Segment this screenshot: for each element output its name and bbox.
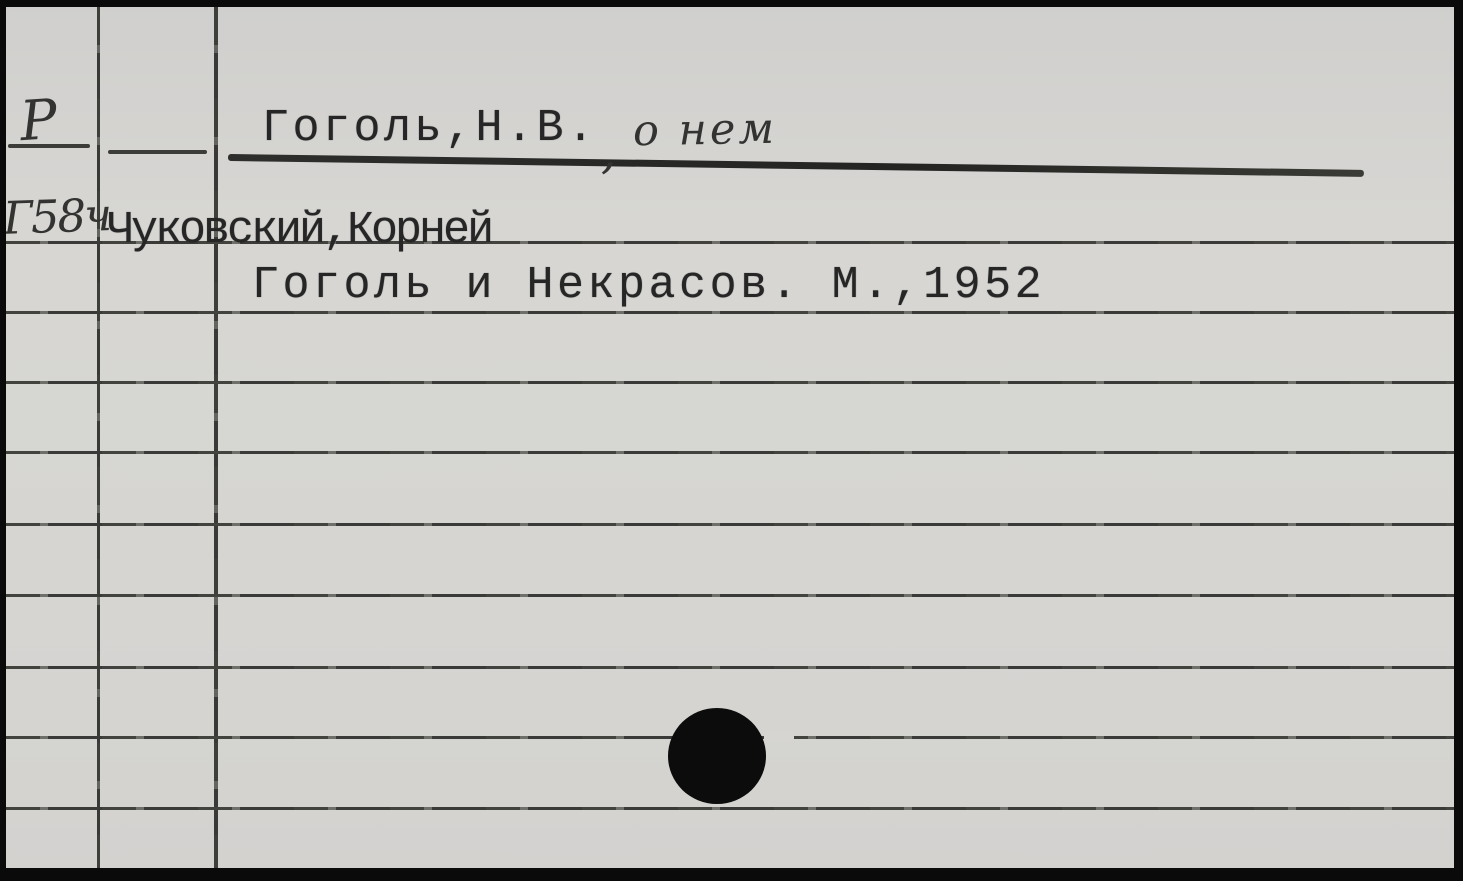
scan-edge-top — [0, 0, 1463, 7]
handwritten-note-o-nem: о нем — [633, 104, 778, 157]
horizontal-rule-3 — [6, 381, 1454, 384]
horizontal-rule-9 — [6, 807, 1454, 810]
scan-edge-right — [1454, 0, 1463, 881]
header-rule-col2 — [108, 150, 207, 154]
horizontal-rule-4 — [6, 451, 1454, 454]
catalog-card-scan: Р Г58ч Гоголь,Н.В. , о нем Чуковский,Кор… — [0, 0, 1463, 881]
horizontal-rule-7 — [6, 666, 1454, 669]
horizontal-rule-2 — [6, 311, 1454, 314]
author-line: Чуковский,Корней — [107, 205, 491, 256]
punch-hole — [668, 708, 766, 804]
scan-edge-left — [0, 0, 6, 881]
scan-edge-bottom — [0, 868, 1463, 881]
horizontal-rule-6 — [6, 594, 1454, 597]
header-underline-thick — [228, 154, 1364, 177]
handwritten-margin-mark: Р — [18, 87, 59, 153]
horizontal-rule-5 — [6, 523, 1454, 526]
handwritten-call-number: Г58ч — [2, 188, 111, 245]
handwritten-comma: , — [601, 124, 616, 180]
title-imprint-line: Гоголь и Некрасов. М.,1952 — [252, 260, 1045, 311]
rule-gap-near-hole — [764, 731, 794, 742]
subject-heading-typed: Гоголь,Н.В. — [262, 103, 598, 154]
